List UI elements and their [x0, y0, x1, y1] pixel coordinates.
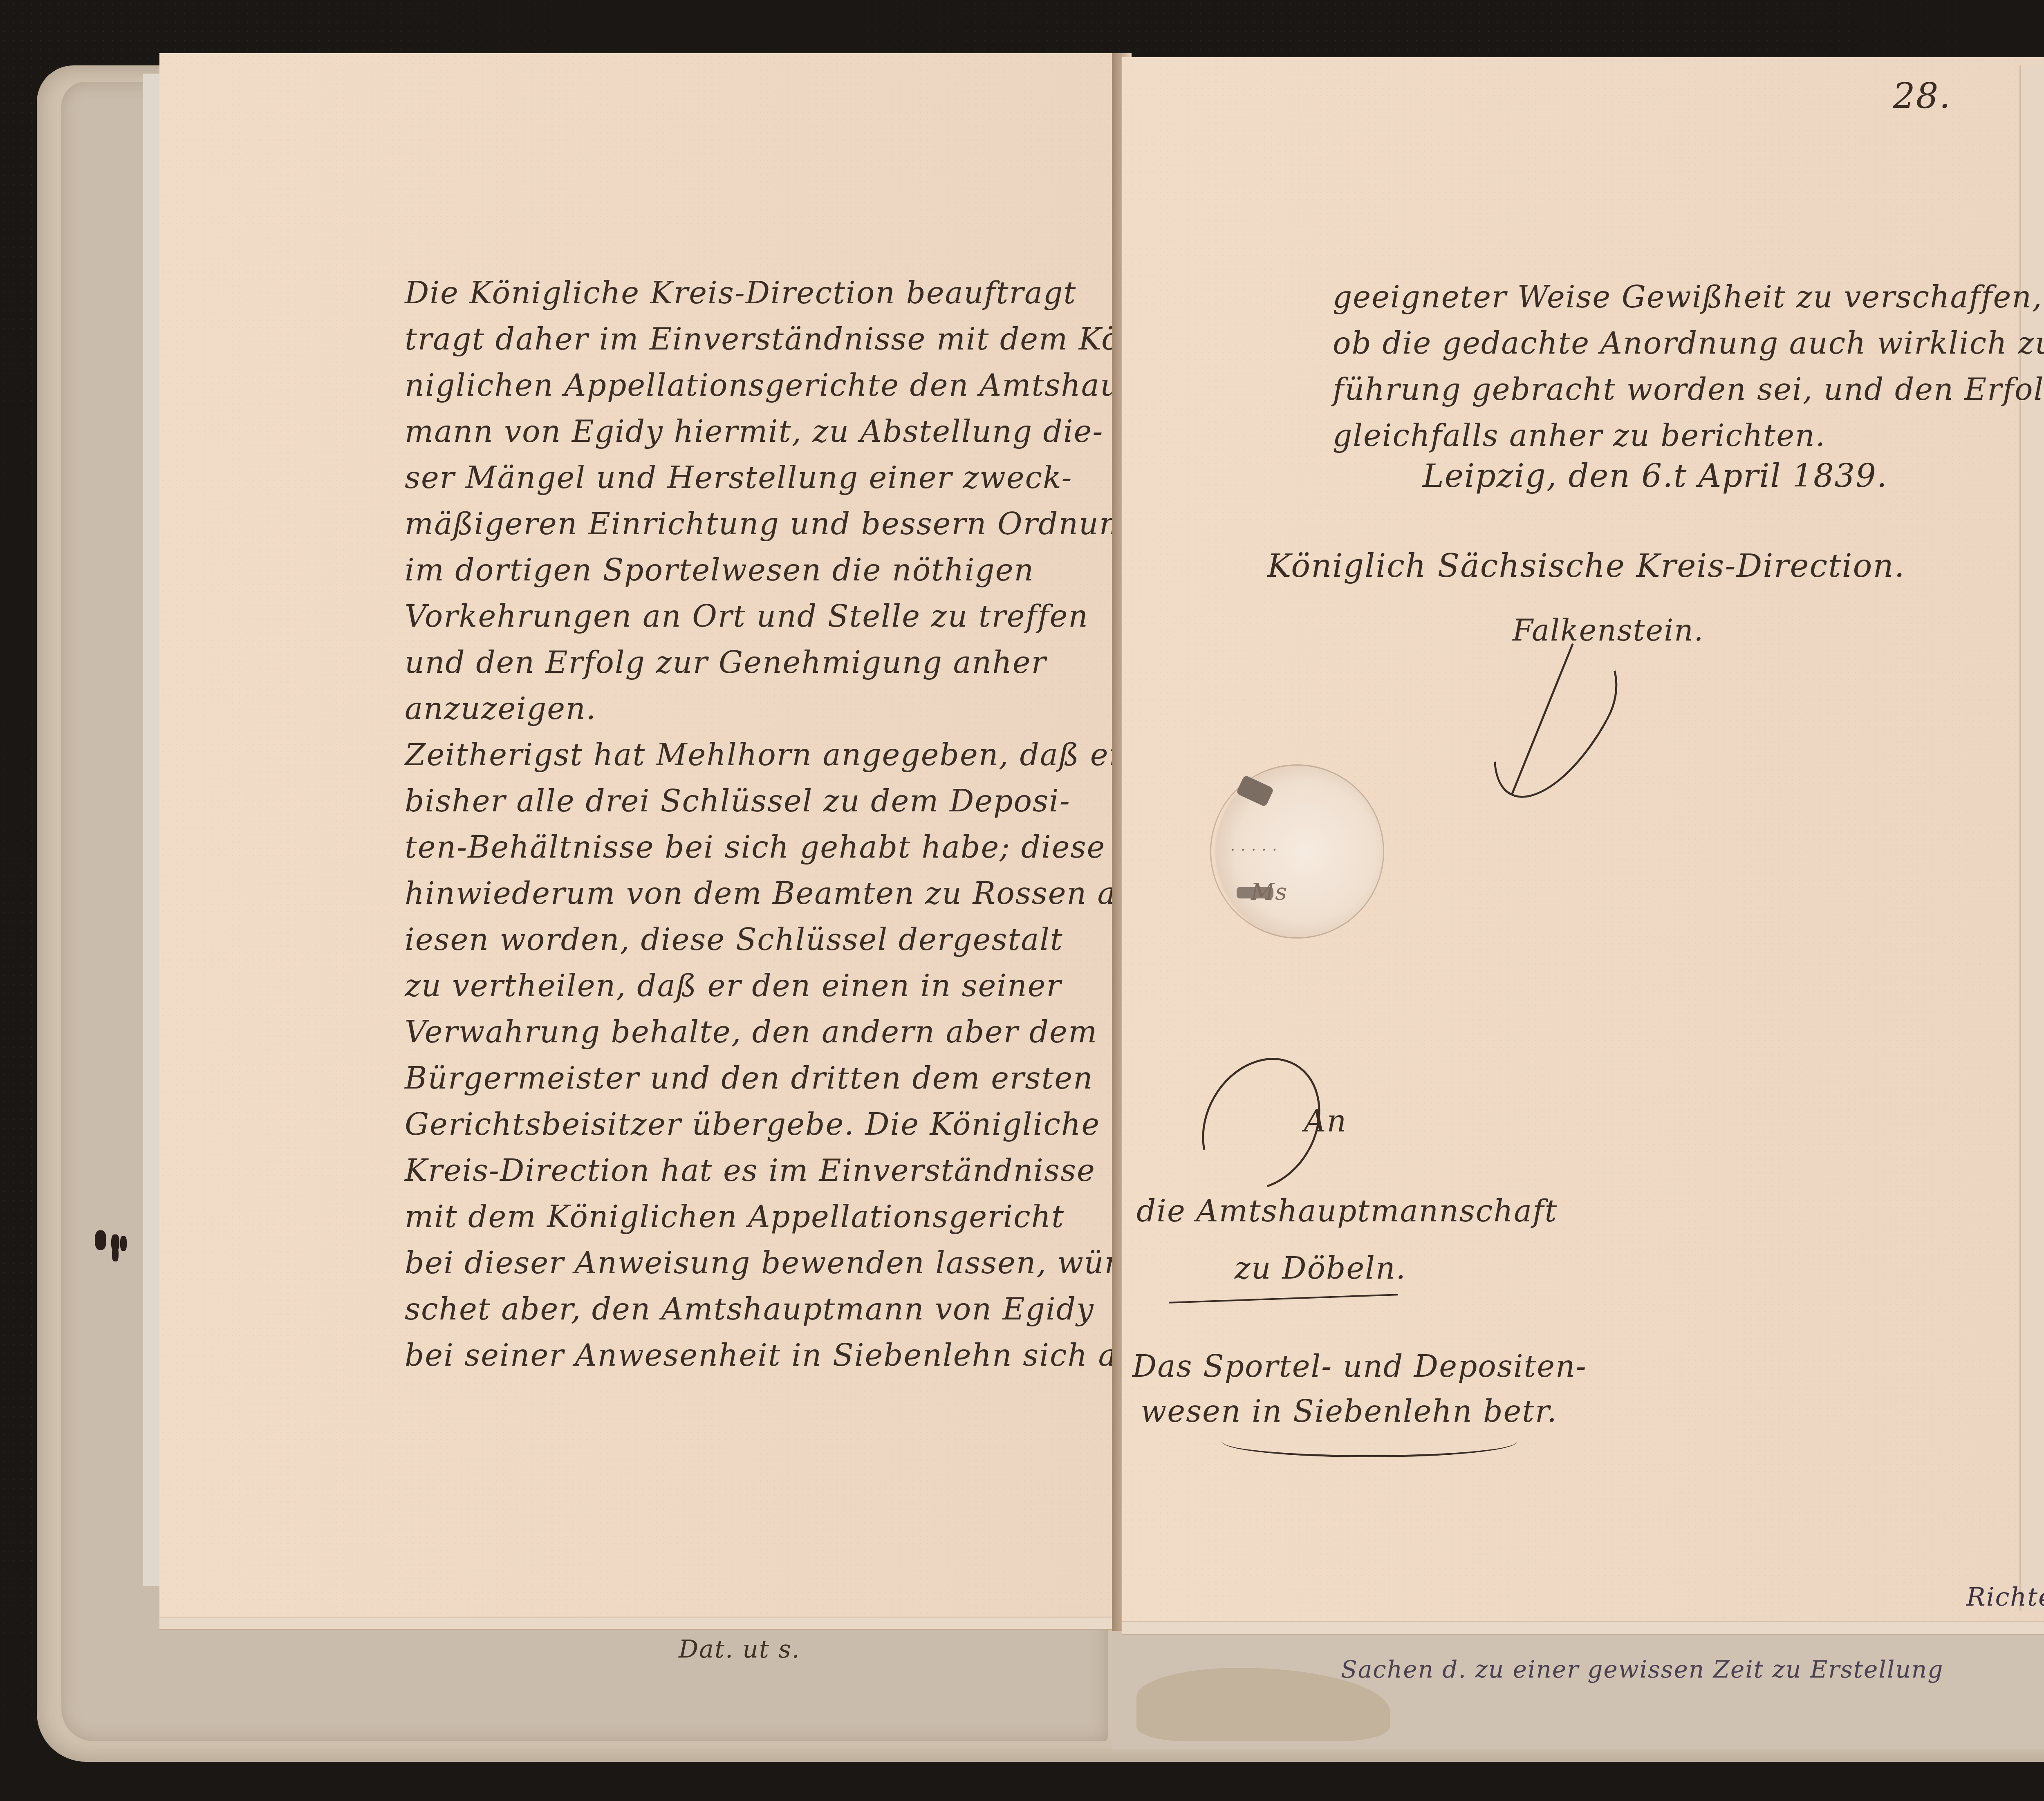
text-line: Die Königliche Kreis-Direction beauftrag… [405, 278, 1124, 324]
left-page-text-block: Die Königliche Kreis-Direction beauftrag… [405, 278, 1124, 1387]
text-line: geeigneter Weise Gewißheit zu verschaffe… [1333, 282, 2044, 328]
seal-text: Ms [1251, 879, 1288, 905]
left-bottom-note: Dat. ut s. [679, 1635, 800, 1664]
text-line: Gerichtsbeisitzer übergebe. Die Königlic… [405, 1109, 1124, 1156]
text-line: im dortigen Sportelwesen die nöthigen [405, 555, 1124, 601]
text-line: bisher alle drei Schlüssel zu dem Deposi… [405, 786, 1124, 832]
text-line: ser Mängel und Herstellung einer zweck- [405, 463, 1124, 509]
right-page-bottom-fold [1122, 1621, 2044, 1635]
text-line: Vorkehrungen an Ort und Stelle zu treffe… [405, 601, 1124, 647]
text-line: mann von Egidy hiermit, zu Abstellung di… [405, 417, 1124, 463]
place-and-date: Leipzig, den 6.t April 1839. [1423, 458, 1888, 495]
text-line: ob die gedachte Anordnung auch wirklich … [1333, 328, 2044, 374]
text-line: Zeitherigst hat Mehlhorn angegeben, daß … [405, 740, 1124, 786]
issuing-authority: Königlich Sächsische Kreis-Direction. [1267, 548, 1905, 585]
text-line: tragt daher im Einverständnisse mit dem … [405, 324, 1124, 370]
subject-line: wesen in Siebenlehn betr. [1141, 1394, 1558, 1429]
right-page-text-block: geeigneter Weise Gewißheit zu verschaffe… [1333, 282, 2044, 467]
left-page-bottom-fold [159, 1617, 1112, 1630]
text-line: Kreis-Direction hat es im Einverständnis… [405, 1156, 1124, 1202]
text-line: Verwahrung behalte, den andern aber dem [405, 1017, 1124, 1063]
text-line: schet aber, den Amtshauptmann von Egidy [405, 1294, 1124, 1340]
text-line: bei dieser Anweisung bewenden lassen, wü… [405, 1248, 1124, 1294]
text-line: iesen worden, diese Schlüssel dergestalt [405, 925, 1124, 971]
text-line: zu vertheilen, daß er den einen in seine… [405, 971, 1124, 1017]
corner-note: Richter [1966, 1582, 2044, 1612]
text-line: ten-Behältnisse bei sich gehabt habe; di… [405, 832, 1124, 878]
text-line: Bürgermeister und den dritten dem ersten [405, 1063, 1124, 1109]
text-line: führung gebracht worden sei, und den Erf… [1333, 374, 2044, 421]
recipient-line: zu Döbeln. [1235, 1251, 1406, 1286]
subject-underline-swash [1222, 1427, 1517, 1457]
subject-line: Das Sportel- und Depositen- [1132, 1349, 1587, 1384]
text-line: mit dem Königlichen Appellationsgericht [405, 1202, 1124, 1248]
text-line: hinwiederum von dem Beamten zu Rossen an… [405, 878, 1124, 925]
text-line: anzuzeigen. [405, 694, 1124, 740]
ink-blot-mark [95, 1230, 106, 1250]
text-line: niglichen Appellationsgerichte den Amtsh… [405, 370, 1124, 417]
text-line: und den Erfolg zur Genehmigung anher [405, 647, 1124, 694]
signature: Falkenstein. [1513, 613, 1704, 647]
recipient-line: die Amtshauptmannschaft [1136, 1194, 1558, 1229]
text-line: bei seiner Anwesenheit in Siebenlehn sic… [405, 1340, 1124, 1387]
text-line: mäßigeren Einrichtung und bessern Ordnun… [405, 509, 1124, 555]
right-bottom-note: Sachen d. zu einer gewissen Zeit zu Erst… [1341, 1655, 1943, 1683]
seal-text: · · · · · [1230, 842, 1277, 858]
page-number: 28. [1893, 76, 1951, 116]
address-salutation: An [1304, 1104, 1347, 1139]
